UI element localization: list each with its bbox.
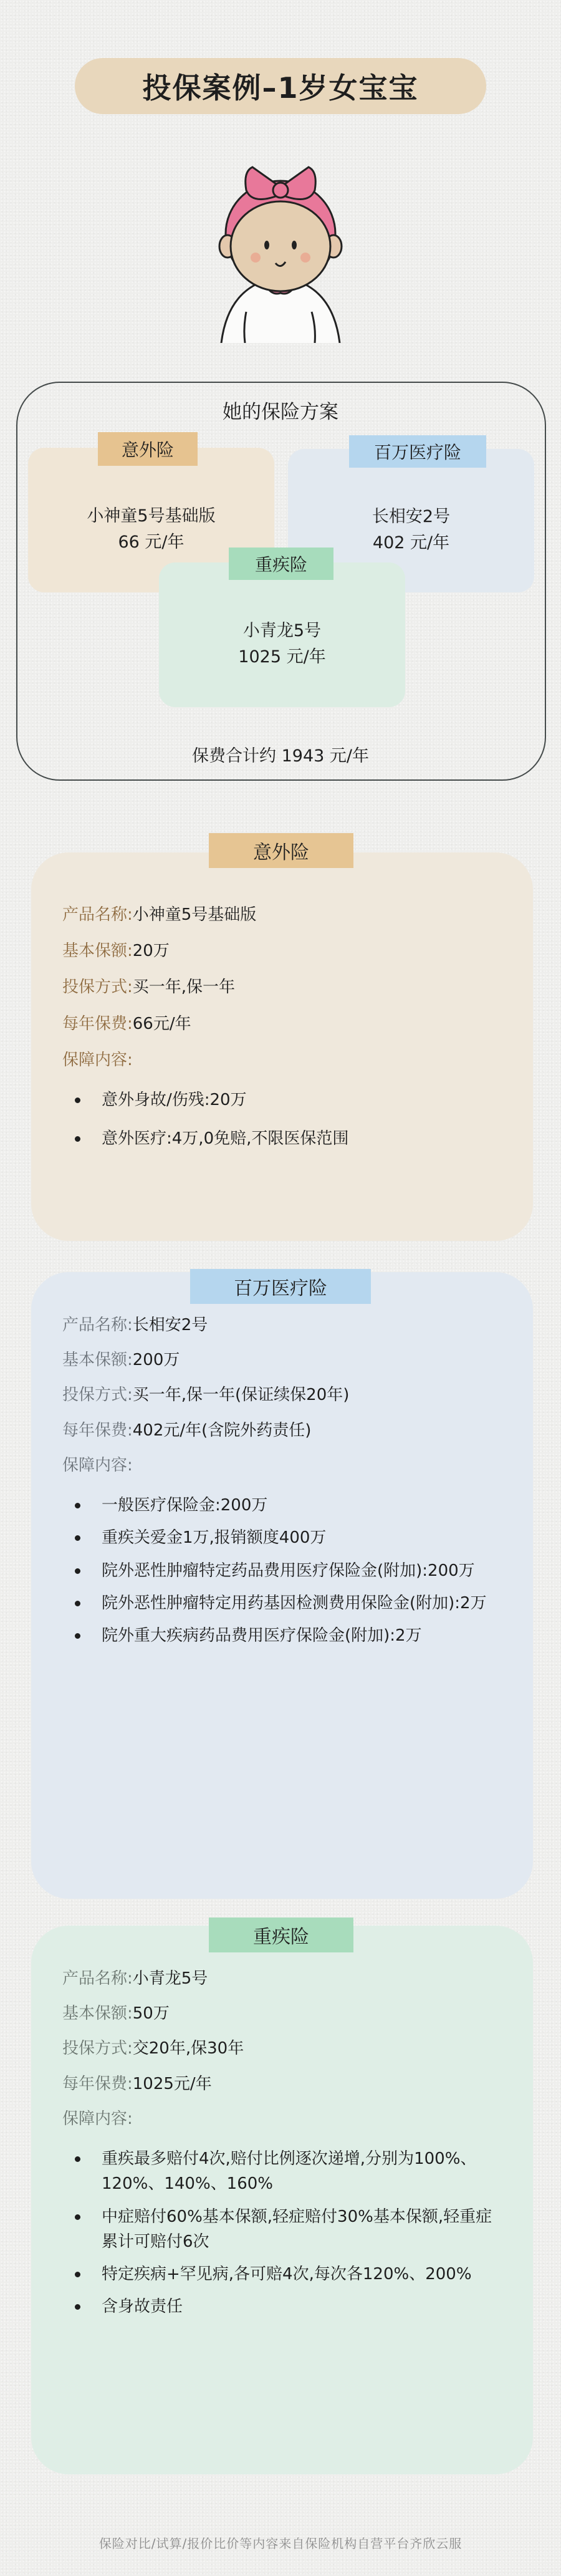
coverage-list: 意外身故/伤残:20万 意外医疗:4万,0免赔,不限医保范围 xyxy=(74,1088,533,1152)
field-sum-insured: 基本保额:200万 xyxy=(62,1351,533,1370)
coverage-list: 一般医疗保险金:200万 重疾关爱金1万,报销额度400万 院外恶性肿瘤特定药品… xyxy=(74,1493,533,1648)
baby-girl-avatar-icon xyxy=(209,162,352,343)
field-product-name: 产品名称:小神童5号基础版 xyxy=(62,905,533,925)
field-coverage-label: 保障内容: xyxy=(62,1051,533,1070)
coverage-item: 中症赔付60%基本保额,轻症赔付30%基本保额,轻重症累计可赔付6次 xyxy=(74,2204,497,2255)
footer-disclaimer: 保险对比/试算/报价比价等内容来自保险机构自营平台齐欣云服 xyxy=(0,2534,561,2552)
section-tag-accident: 意外险 xyxy=(209,833,353,868)
field-sum-insured: 基本保额:50万 xyxy=(62,2004,533,2024)
summary-critical-price: 1025 元/年 xyxy=(238,644,325,670)
coverage-list: 重疾最多赔付4次,赔付比例逐次递增,分别为100%、120%、140%、160%… xyxy=(74,2146,533,2320)
coverage-item: 特定疾病+罕见病,各可赔4次,每次各120%、200% xyxy=(74,2262,497,2287)
section-critical-illness: 产品名称:小青龙5号 基本保额:50万 投保方式:交20年,保30年 每年保费:… xyxy=(31,1926,533,2474)
coverage-item: 院外重大疾病药品费用医疗保险金(附加):2万 xyxy=(74,1623,497,1648)
coverage-item: 一般医疗保险金:200万 xyxy=(74,1493,497,1518)
coverage-item: 意外身故/伤残:20万 xyxy=(74,1088,497,1112)
summary-accident-product: 小神童5号基础版 xyxy=(87,503,215,529)
coverage-item: 院外恶性肿瘤特定用药基因检测费用保险金(附加):2万 xyxy=(74,1591,497,1616)
summary-medical-product: 长相安2号 xyxy=(372,504,450,530)
coverage-item: 重疾关爱金1万,报销额度400万 xyxy=(74,1525,497,1550)
title-banner: 投保案例–1岁女宝宝 xyxy=(75,58,486,114)
field-policy-term: 投保方式:交20年,保30年 xyxy=(62,2039,533,2058)
field-product-name: 产品名称:小青龙5号 xyxy=(62,1969,533,1989)
summary-tag-accident: 意外险 xyxy=(98,432,198,466)
summary-tag-medical: 百万医疗险 xyxy=(349,435,486,468)
summary-critical-product: 小青龙5号 xyxy=(243,618,321,644)
field-policy-term: 投保方式:买一年,保一年(保证续保20年) xyxy=(62,1386,533,1405)
summary-card-critical: 小青龙5号 1025 元/年 xyxy=(159,562,405,707)
coverage-item: 意外医疗:4万,0免赔,不限医保范围 xyxy=(74,1126,497,1151)
section-tag-medical: 百万医疗险 xyxy=(190,1269,371,1304)
summary-tag-critical: 重疾险 xyxy=(229,548,333,580)
field-annual-premium: 每年保费:1025元/年 xyxy=(62,2075,533,2094)
coverage-item: 含身故责任 xyxy=(74,2294,497,2319)
field-annual-premium: 每年保费:402元/年(含院外药责任) xyxy=(62,1421,533,1440)
coverage-item: 重疾最多赔付4次,赔付比例逐次递增,分别为100%、120%、140%、160% xyxy=(74,2146,497,2197)
section-tag-critical-illness: 重疾险 xyxy=(209,1918,353,1952)
section-medical: 产品名称:长相安2号 基本保额:200万 投保方式:买一年,保一年(保证续保20… xyxy=(31,1272,533,1899)
summary-accident-price: 66 元/年 xyxy=(118,529,184,556)
field-policy-term: 投保方式:买一年,保一年 xyxy=(62,978,533,997)
field-annual-premium: 每年保费:66元/年 xyxy=(62,1015,533,1034)
field-product-name: 产品名称:长相安2号 xyxy=(62,1316,533,1335)
page-title: 投保案例–1岁女宝宝 xyxy=(142,65,418,107)
coverage-item: 院外恶性肿瘤特定药品费用医疗保险金(附加):200万 xyxy=(74,1558,497,1583)
field-sum-insured: 基本保额:20万 xyxy=(62,942,533,961)
summary-medical-price: 402 元/年 xyxy=(373,530,449,556)
field-coverage-label: 保障内容: xyxy=(62,1456,533,1475)
summary-title: 她的保险方案 xyxy=(0,396,561,424)
field-coverage-label: 保障内容: xyxy=(62,2110,533,2129)
summary-total-premium: 保费合计约 1943 元/年 xyxy=(0,742,561,766)
section-accident: 产品名称:小神童5号基础版 基本保额:20万 投保方式:买一年,保一年 每年保费… xyxy=(31,852,533,1241)
